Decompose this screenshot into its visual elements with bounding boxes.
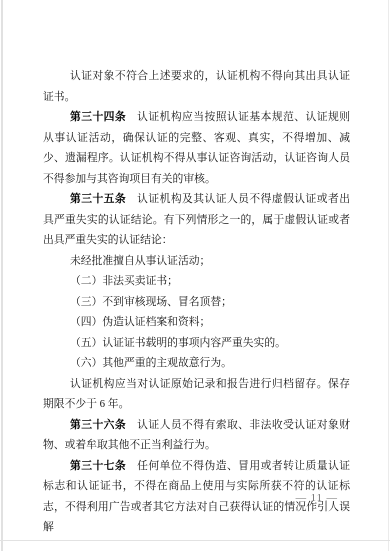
paragraph: 认证机构应当对认证原始记录和报告进行归档留存。保存期限不少于 6 年。 [43, 374, 350, 415]
paragraph: 第三十六条认证人员不得有索取、非法收受认证对象财物、或着牟取其他不正当利益行为。 [43, 415, 350, 456]
paragraph: 第三十四条认证机构应当按照认证基本规范、认证规则从事认证活动，确保认证的完整、客… [43, 107, 350, 189]
paragraph-text: 认证对象不符合上述要求的，认证机构不得向其出具认证证书。 [43, 70, 350, 103]
page-number: — 11 — [296, 493, 338, 504]
paragraph: 第三十五条认证机构及其认证人员不得虚假认证或者出具严重失实的认证结论。有下列情形… [43, 189, 350, 251]
scan-edge-right [388, 0, 389, 551]
paragraph-text: 未经批准擅自从事认证活动； [70, 255, 210, 267]
paragraph-text: 认证机构应当对认证原始记录和报告进行归档留存。保存期限不少于 6 年。 [43, 378, 350, 411]
scan-edge-left [1, 0, 3, 551]
article-number: 第三十六条 [70, 419, 126, 431]
paragraph: （六）其他严重的主观故意行为。 [43, 353, 350, 374]
document-body: 认证对象不符合上述要求的，认证机构不得向其出具认证证书。 第三十四条认证机构应当… [43, 66, 350, 538]
paragraph: 未经批准擅自从事认证活动； [43, 251, 350, 272]
paragraph-text: （四）伪造认证档案和资料； [70, 316, 210, 328]
article-number: 第三十四条 [70, 111, 126, 123]
article-number: 第三十五条 [70, 193, 126, 205]
paragraph-text: （六）其他严重的主观故意行为。 [70, 357, 232, 369]
document-page: 认证对象不符合上述要求的，认证机构不得向其出具认证证书。 第三十四条认证机构应当… [0, 0, 390, 551]
article-number: 第三十七条 [70, 460, 126, 472]
paragraph: 认证对象不符合上述要求的，认证机构不得向其出具认证证书。 [43, 66, 350, 107]
paragraph-text: （三）不到审核现场、冒名顶替； [70, 296, 232, 308]
scan-edge-bottom [0, 540, 390, 541]
paragraph-text: （二）非法买卖证书； [70, 275, 178, 287]
paragraph-text: （五）认证证书载明的事项内容严重失实的。 [70, 337, 286, 349]
paragraph: （二）非法买卖证书； [43, 271, 350, 292]
paragraph: （三）不到审核现场、冒名顶替； [43, 292, 350, 313]
paragraph: （五）认证证书载明的事项内容严重失实的。 [43, 333, 350, 354]
paragraph: （四）伪造认证档案和资料； [43, 312, 350, 333]
